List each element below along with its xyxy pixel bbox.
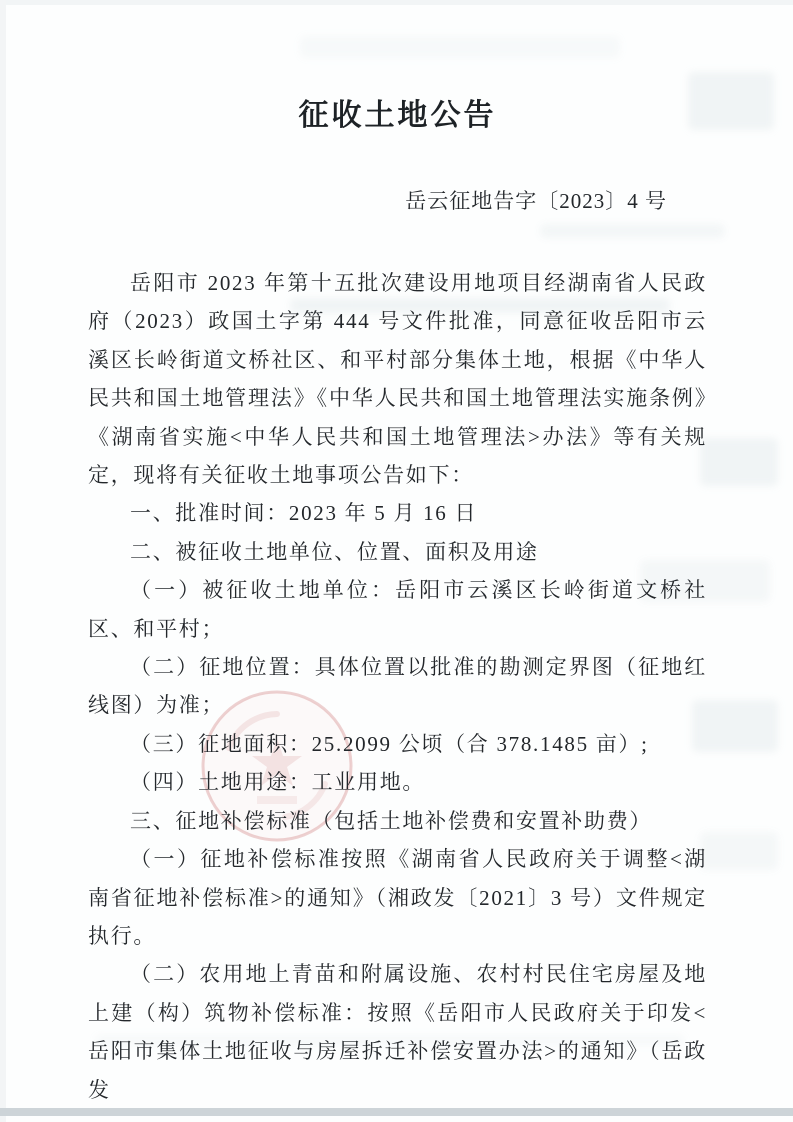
document-number: 岳云征地告字〔2023〕4 号 (88, 186, 707, 216)
scan-edge-top (0, 0, 793, 5)
document-title: 征收土地公告 (88, 98, 707, 134)
paragraph: （二）征地位置：具体位置以批准的勘测定界图（征地红线图）为准； (88, 648, 707, 725)
scan-edge-left (0, 0, 6, 1122)
paragraph: （三）征地面积：25.2099 公顷（合 378.1485 亩）; (88, 725, 707, 763)
paragraph: （四）土地用途：工业用地。 (88, 763, 707, 801)
paragraph: （二）农用地上青苗和附属设施、农村村民住宅房屋及地上建（构）筑物补偿标准：按照《… (88, 955, 707, 1109)
document-content: 征收土地公告 岳云征地告字〔2023〕4 号 岳阳市 2023 年第十五批次建设… (0, 0, 793, 1109)
paragraph: （一）征地补偿标准按照《湖南省人民政府关于调整<湖南省征地补偿标准>的通知》（湘… (88, 840, 707, 955)
scan-edge-bottom (0, 1108, 793, 1116)
paragraph: 一、批准时间：2023 年 5 月 16 日 (88, 494, 707, 532)
paragraph: 岳阳市 2023 年第十五批次建设用地项目经湖南省人民政府（2023）政国土字第… (88, 264, 707, 494)
paragraph: 三、征地补偿标准（包括土地补偿费和安置补助费） (88, 802, 707, 840)
paragraph: （一）被征收土地单位：岳阳市云溪区长岭街道文桥社区、和平村； (88, 571, 707, 648)
paragraph: 二、被征收土地单位、位置、面积及用途 (88, 533, 707, 571)
document-body: 岳阳市 2023 年第十五批次建设用地项目经湖南省人民政府（2023）政国土字第… (88, 264, 707, 1109)
scanned-page: 征收土地公告 岳云征地告字〔2023〕4 号 岳阳市 2023 年第十五批次建设… (0, 0, 793, 1122)
